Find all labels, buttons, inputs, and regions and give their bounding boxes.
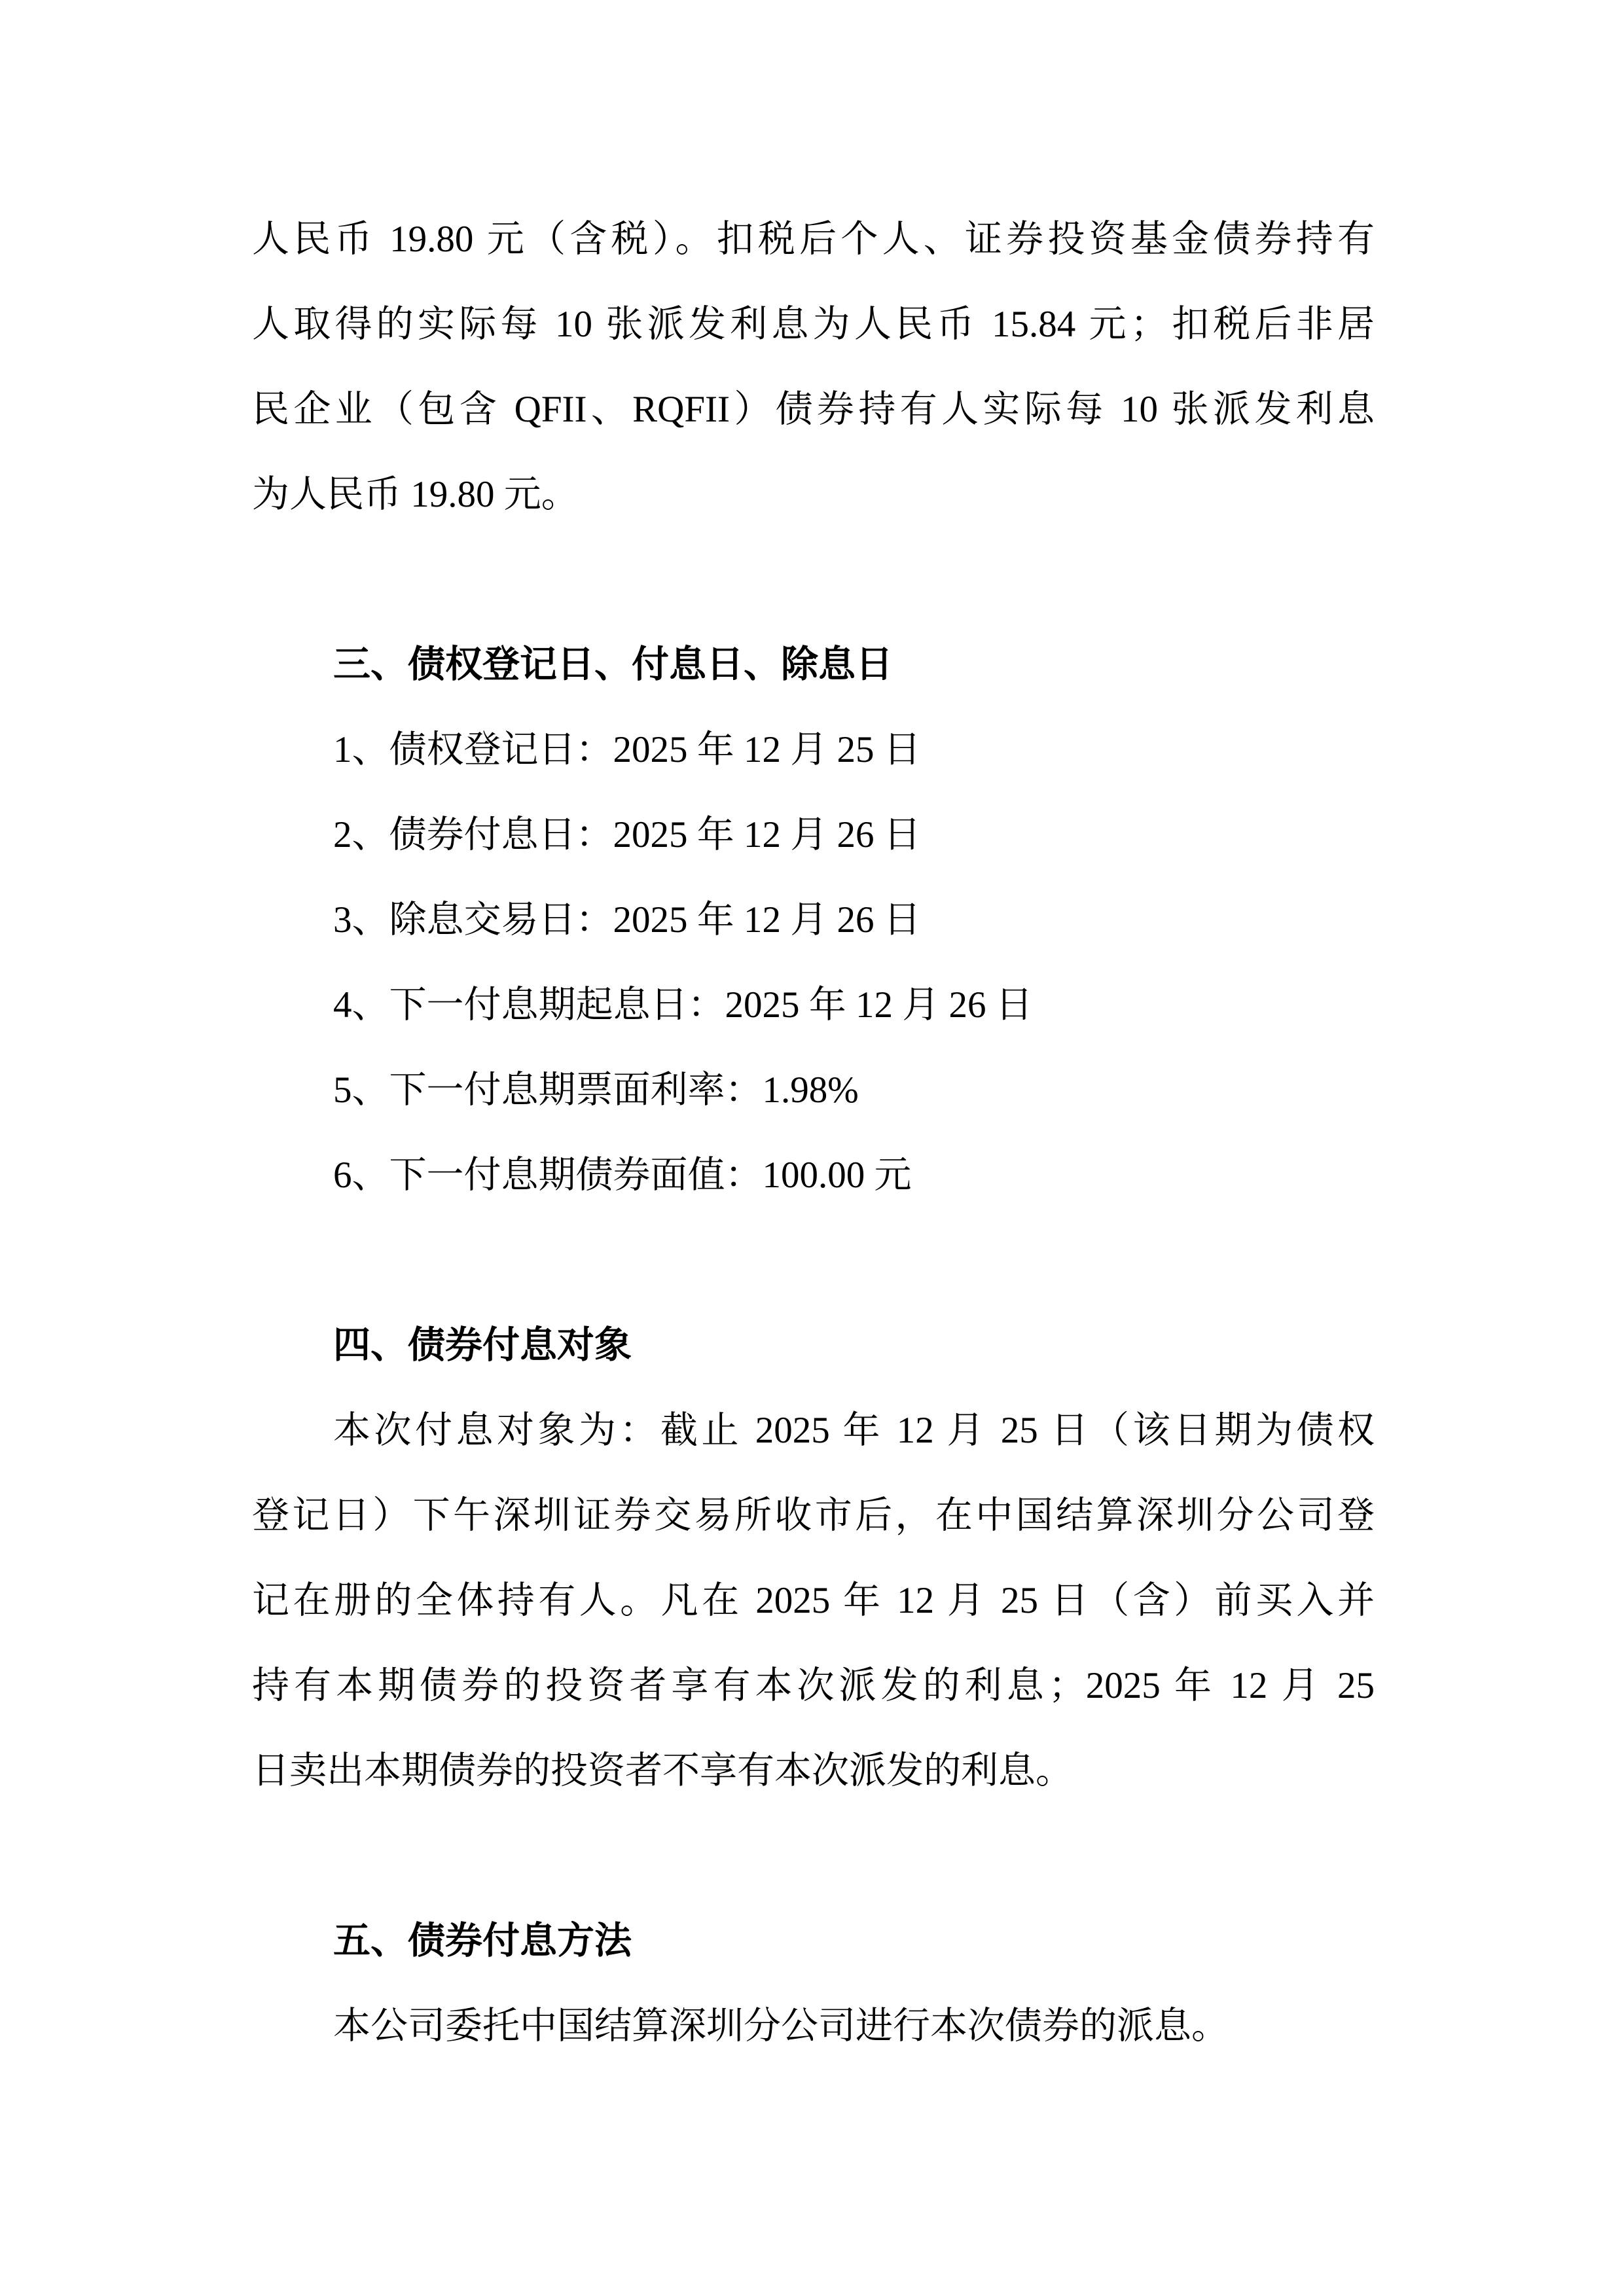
list-item: 1、债权登记日：2025 年 12 月 25 日 [252,708,1375,793]
list-item: 4、下一付息期起息日：2025 年 12 月 26 日 [252,963,1375,1048]
paragraph-line: 人民币 19.80 元（含税）。扣税后个人、证券投资基金债券持有 [252,197,1375,282]
list-item: 2、债券付息日：2025 年 12 月 26 日 [252,793,1375,878]
section-heading-4: 四、债券付息对象 [252,1303,1375,1388]
section-heading-5: 五、债券付息方法 [252,1899,1375,1984]
paragraph-line: 本公司委托中国结算深圳分公司进行本次债券的派息。 [252,1984,1375,2069]
list-item: 5、下一付息期票面利率：1.98% [252,1048,1375,1133]
list-item: 3、除息交易日：2025 年 12 月 26 日 [252,878,1375,963]
document-content: 人民币 19.80 元（含税）。扣税后个人、证券投资基金债券持有 人取得的实际每… [252,197,1375,2069]
paragraph-line: 记在册的全体持有人。凡在 2025 年 12 月 25 日（含）前买入并 [252,1558,1375,1643]
section-3-items: 1、债权登记日：2025 年 12 月 25 日 2、债券付息日：2025 年 … [252,708,1375,1218]
document-page: 人民币 19.80 元（含税）。扣税后个人、证券投资基金债券持有 人取得的实际每… [0,0,1624,2296]
section-heading-3: 三、债权登记日、付息日、除息日 [252,622,1375,708]
paragraph-line: 本次付息对象为：截止 2025 年 12 月 25 日（该日期为债权 [252,1388,1375,1473]
paragraph-line: 日卖出本期债券的投资者不享有本次派发的利息。 [252,1729,1375,1814]
section-5-paragraph: 本公司委托中国结算深圳分公司进行本次债券的派息。 [252,1984,1375,2069]
paragraph-line: 持有本期债券的投资者享有本次派发的利息；2025 年 12 月 25 [252,1643,1375,1729]
section-4-paragraph: 本次付息对象为：截止 2025 年 12 月 25 日（该日期为债权 登记日）下… [252,1388,1375,1814]
paragraph-line: 民企业（包含 QFII、RQFII）债券持有人实际每 10 张派发利息 [252,367,1375,452]
list-item: 6、下一付息期债券面值：100.00 元 [252,1133,1375,1218]
paragraph-line: 人取得的实际每 10 张派发利息为人民币 15.84 元；扣税后非居 [252,282,1375,367]
continuation-paragraph: 人民币 19.80 元（含税）。扣税后个人、证券投资基金债券持有 人取得的实际每… [252,197,1375,537]
paragraph-line: 为人民币 19.80 元。 [252,452,1375,537]
paragraph-line: 登记日）下午深圳证券交易所收市后，在中国结算深圳分公司登 [252,1473,1375,1558]
